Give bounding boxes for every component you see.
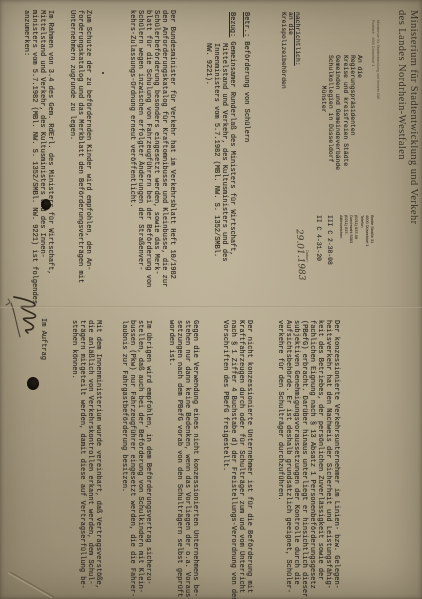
text-line: fachlichen Eignung nach § 13 Absatz 1 Pe… bbox=[308, 320, 316, 598]
bezug-label: Bezug: bbox=[228, 12, 236, 37]
text-line: blatt für die Schulung von Fahrzeugführe… bbox=[144, 10, 152, 302]
text-line: die anläßlich von Verkehrskontrollen erk… bbox=[86, 320, 94, 598]
text-line: Vorschriften des PBefG freigestellt. bbox=[221, 320, 229, 598]
text-line: Schülern wegen inzwischen erfolgter Ände… bbox=[136, 10, 144, 302]
scanned-letter-page: Ministerium für Stadtentwicklung und Ver… bbox=[0, 0, 422, 599]
text-line: Kreispolizeibehörden bbox=[279, 12, 286, 89]
text-line: (0211) 837-08 bbox=[354, 215, 359, 247]
nachrichtlich-label: nachrichtlich: bbox=[293, 12, 300, 89]
sender-small-print: Ministerium für Stadtentwicklung und Ver… bbox=[371, 20, 380, 140]
letterhead-line1: Ministerium für Stadtentwicklung und Ver… bbox=[408, 10, 419, 225]
text-line: Schülerbeförderung besonders eingesetzt … bbox=[152, 10, 160, 302]
signature-scrawl bbox=[4, 293, 44, 355]
text-line: Kreise und kreisfreien Städte bbox=[341, 55, 348, 170]
paragraph: Der Bundesminister für Verkehr hat im Ve… bbox=[128, 10, 176, 302]
paragraph: Im Rahmen von 3.4 des Gem. RdErl. des Mi… bbox=[22, 10, 54, 302]
text-line: Mittelstand und Verkehr, des Kultusminis… bbox=[38, 10, 46, 302]
text-line: Zum Schutze der zu befördernden Kinder w… bbox=[84, 10, 92, 302]
text-line: Im übrigen wird empfohlen, in dem Beförd… bbox=[144, 320, 152, 598]
text-line: ministers vom 5.7.1982 (MBl. NW. S. 1352… bbox=[30, 10, 38, 302]
recipient-address-block: An dieRegierungspräsidentenKreise und kr… bbox=[320, 55, 363, 170]
paragraph: Mit dem Innenministerium wurde vereinbar… bbox=[70, 320, 102, 598]
text-line: Aufsichtsbehörde. Er ist deshalb grundsä… bbox=[284, 320, 292, 598]
text-line: nach § 1 Ziffer 4 Buchstabe d) der Freis… bbox=[229, 320, 237, 598]
text-line: verkehre für den Schulträger durchzuführ… bbox=[276, 320, 284, 598]
text-line: stehen nur dann keine Bedenken, wenn das… bbox=[183, 320, 191, 598]
ink-speck bbox=[102, 72, 104, 74]
text-line: Münster bbox=[320, 55, 327, 170]
text-line: Breite Straße 31 bbox=[370, 215, 375, 247]
handwritten-date: 29.01.1983 bbox=[294, 229, 307, 281]
ink-blot bbox=[27, 377, 39, 390]
paragraph: Der konzessionierte Verkehrsunternehmer … bbox=[276, 320, 340, 598]
text-line: subjektiven Genehmigungsvoraussetzungen … bbox=[292, 320, 300, 598]
paragraph: Zum Schutze der zu befördernden Kinder w… bbox=[68, 10, 92, 302]
text-line: Kraftfahrzeugen durch oder für Schulträg… bbox=[237, 320, 245, 598]
text-line: worden ist. bbox=[167, 320, 175, 598]
date-label: Datum bbox=[305, 250, 310, 261]
text-line: heitsverkehr hat den Nachweis der Sicher… bbox=[324, 320, 332, 598]
text-line: Der nicht konzessionierte Unternehmer is… bbox=[245, 320, 253, 598]
fold-line bbox=[0, 306, 422, 308]
text-line: keit des Betriebes, der persönlichen Zuv… bbox=[316, 320, 324, 598]
text-line: stellen, daß auch bei der Beförderung vo… bbox=[136, 320, 144, 598]
bezug-text: Gemeinsamer Runderlaß des Ministers für … bbox=[228, 37, 236, 255]
text-line: Im Rahmen von 3.4 des Gem. RdErl. des Mi… bbox=[46, 10, 54, 302]
nachrichtlich-block: nachrichtlich: an die Kreispolizeibehörd… bbox=[279, 12, 300, 89]
paragraph: Im übrigen wird empfohlen, in dem Beförd… bbox=[120, 320, 152, 598]
text-line: (PBefG) erbracht. Darüber hinaus unterli… bbox=[300, 320, 308, 598]
text-line: NW. 9221). bbox=[204, 43, 212, 261]
text-line: Aktenzeichen bbox=[339, 215, 344, 247]
betr-text: Beförderung von Schülern bbox=[242, 37, 250, 142]
text-line: Telefon bbox=[359, 215, 364, 247]
paragraph: Gegen die Verwendung eines nicht konzess… bbox=[167, 320, 199, 598]
text-line: Schulkollegien in Düsseldorf bbox=[327, 55, 334, 170]
text-line: stehen können. bbox=[70, 320, 78, 598]
betr-label: Betr.: bbox=[242, 12, 250, 37]
text-line: kehrs-Zulassungs-Ordnung erneut veröffen… bbox=[128, 10, 136, 302]
text-line: bussen (Pkw) nur Fahrzeugführer eingeset… bbox=[128, 320, 136, 598]
betreff-line: Betr.: Beförderung von Schülern bbox=[242, 12, 250, 142]
text-line: an die bbox=[286, 12, 293, 89]
text-line: anzumerken: bbox=[22, 10, 30, 302]
text-line: Regierungspräsidenten bbox=[349, 55, 356, 170]
text-line: Mittelstand und Verkehr, des Kultusminis… bbox=[220, 43, 228, 261]
ink-blot bbox=[41, 199, 51, 210]
text-line: den Anforderungskatalog für Kraftomnibus… bbox=[160, 10, 168, 302]
rotated-letter-content: Ministerium für Stadtentwicklung und Ver… bbox=[0, 0, 422, 599]
bezug-continuation: Mittelstand und Verkehr, des Kultusminis… bbox=[204, 43, 228, 261]
text-line: laubnis zur Fahrgastbeförderung besitzen… bbox=[120, 320, 128, 598]
text-line: Der Bundesminister für Verkehr hat im Ve… bbox=[168, 10, 176, 302]
text-line: An die bbox=[356, 55, 363, 170]
text-line: Der konzessionierte Verkehrsunternehmer … bbox=[332, 320, 340, 598]
text-line: 4000 Düsseldorf 1 bbox=[365, 215, 370, 247]
text-line: setzungen nach dem PBefG vorab von den S… bbox=[175, 320, 183, 598]
text-line: Gemeinden und Gemeindeverbände bbox=[334, 55, 341, 170]
file-number-2: II C 4-31-20 bbox=[315, 215, 322, 261]
letterhead-line2: des Landes Nordrhein-Westfalen bbox=[396, 10, 407, 160]
text-line: Unternehmern zugrunde zu legen. bbox=[68, 10, 76, 302]
text-line: Mit dem Innenministerium wurde vereinbar… bbox=[94, 320, 102, 598]
contact-details-block: Breite Straße 314000 Düsseldorf 1Telefon… bbox=[339, 215, 375, 247]
text-line: Durchwahl 5383 bbox=[349, 215, 354, 247]
text-line: trägern mitgeteilt werden, damit diese a… bbox=[78, 320, 86, 598]
paragraph: Der nicht konzessionierte Unternehmer is… bbox=[221, 320, 253, 598]
corner-crease bbox=[0, 570, 62, 599]
file-number-1: III C 2-38-08 bbox=[326, 215, 333, 265]
bezug-line: Bezug: Gemeinsamer Runderlaß des Ministe… bbox=[228, 12, 236, 256]
text-line: forderungskatalog und das Merkblatt den … bbox=[76, 10, 84, 302]
text-line: Innenministers vom 5.7.1982 (MBl. NW. S.… bbox=[212, 43, 220, 261]
text-line: Gegen die Verwendung eines nicht konzess… bbox=[191, 320, 199, 598]
